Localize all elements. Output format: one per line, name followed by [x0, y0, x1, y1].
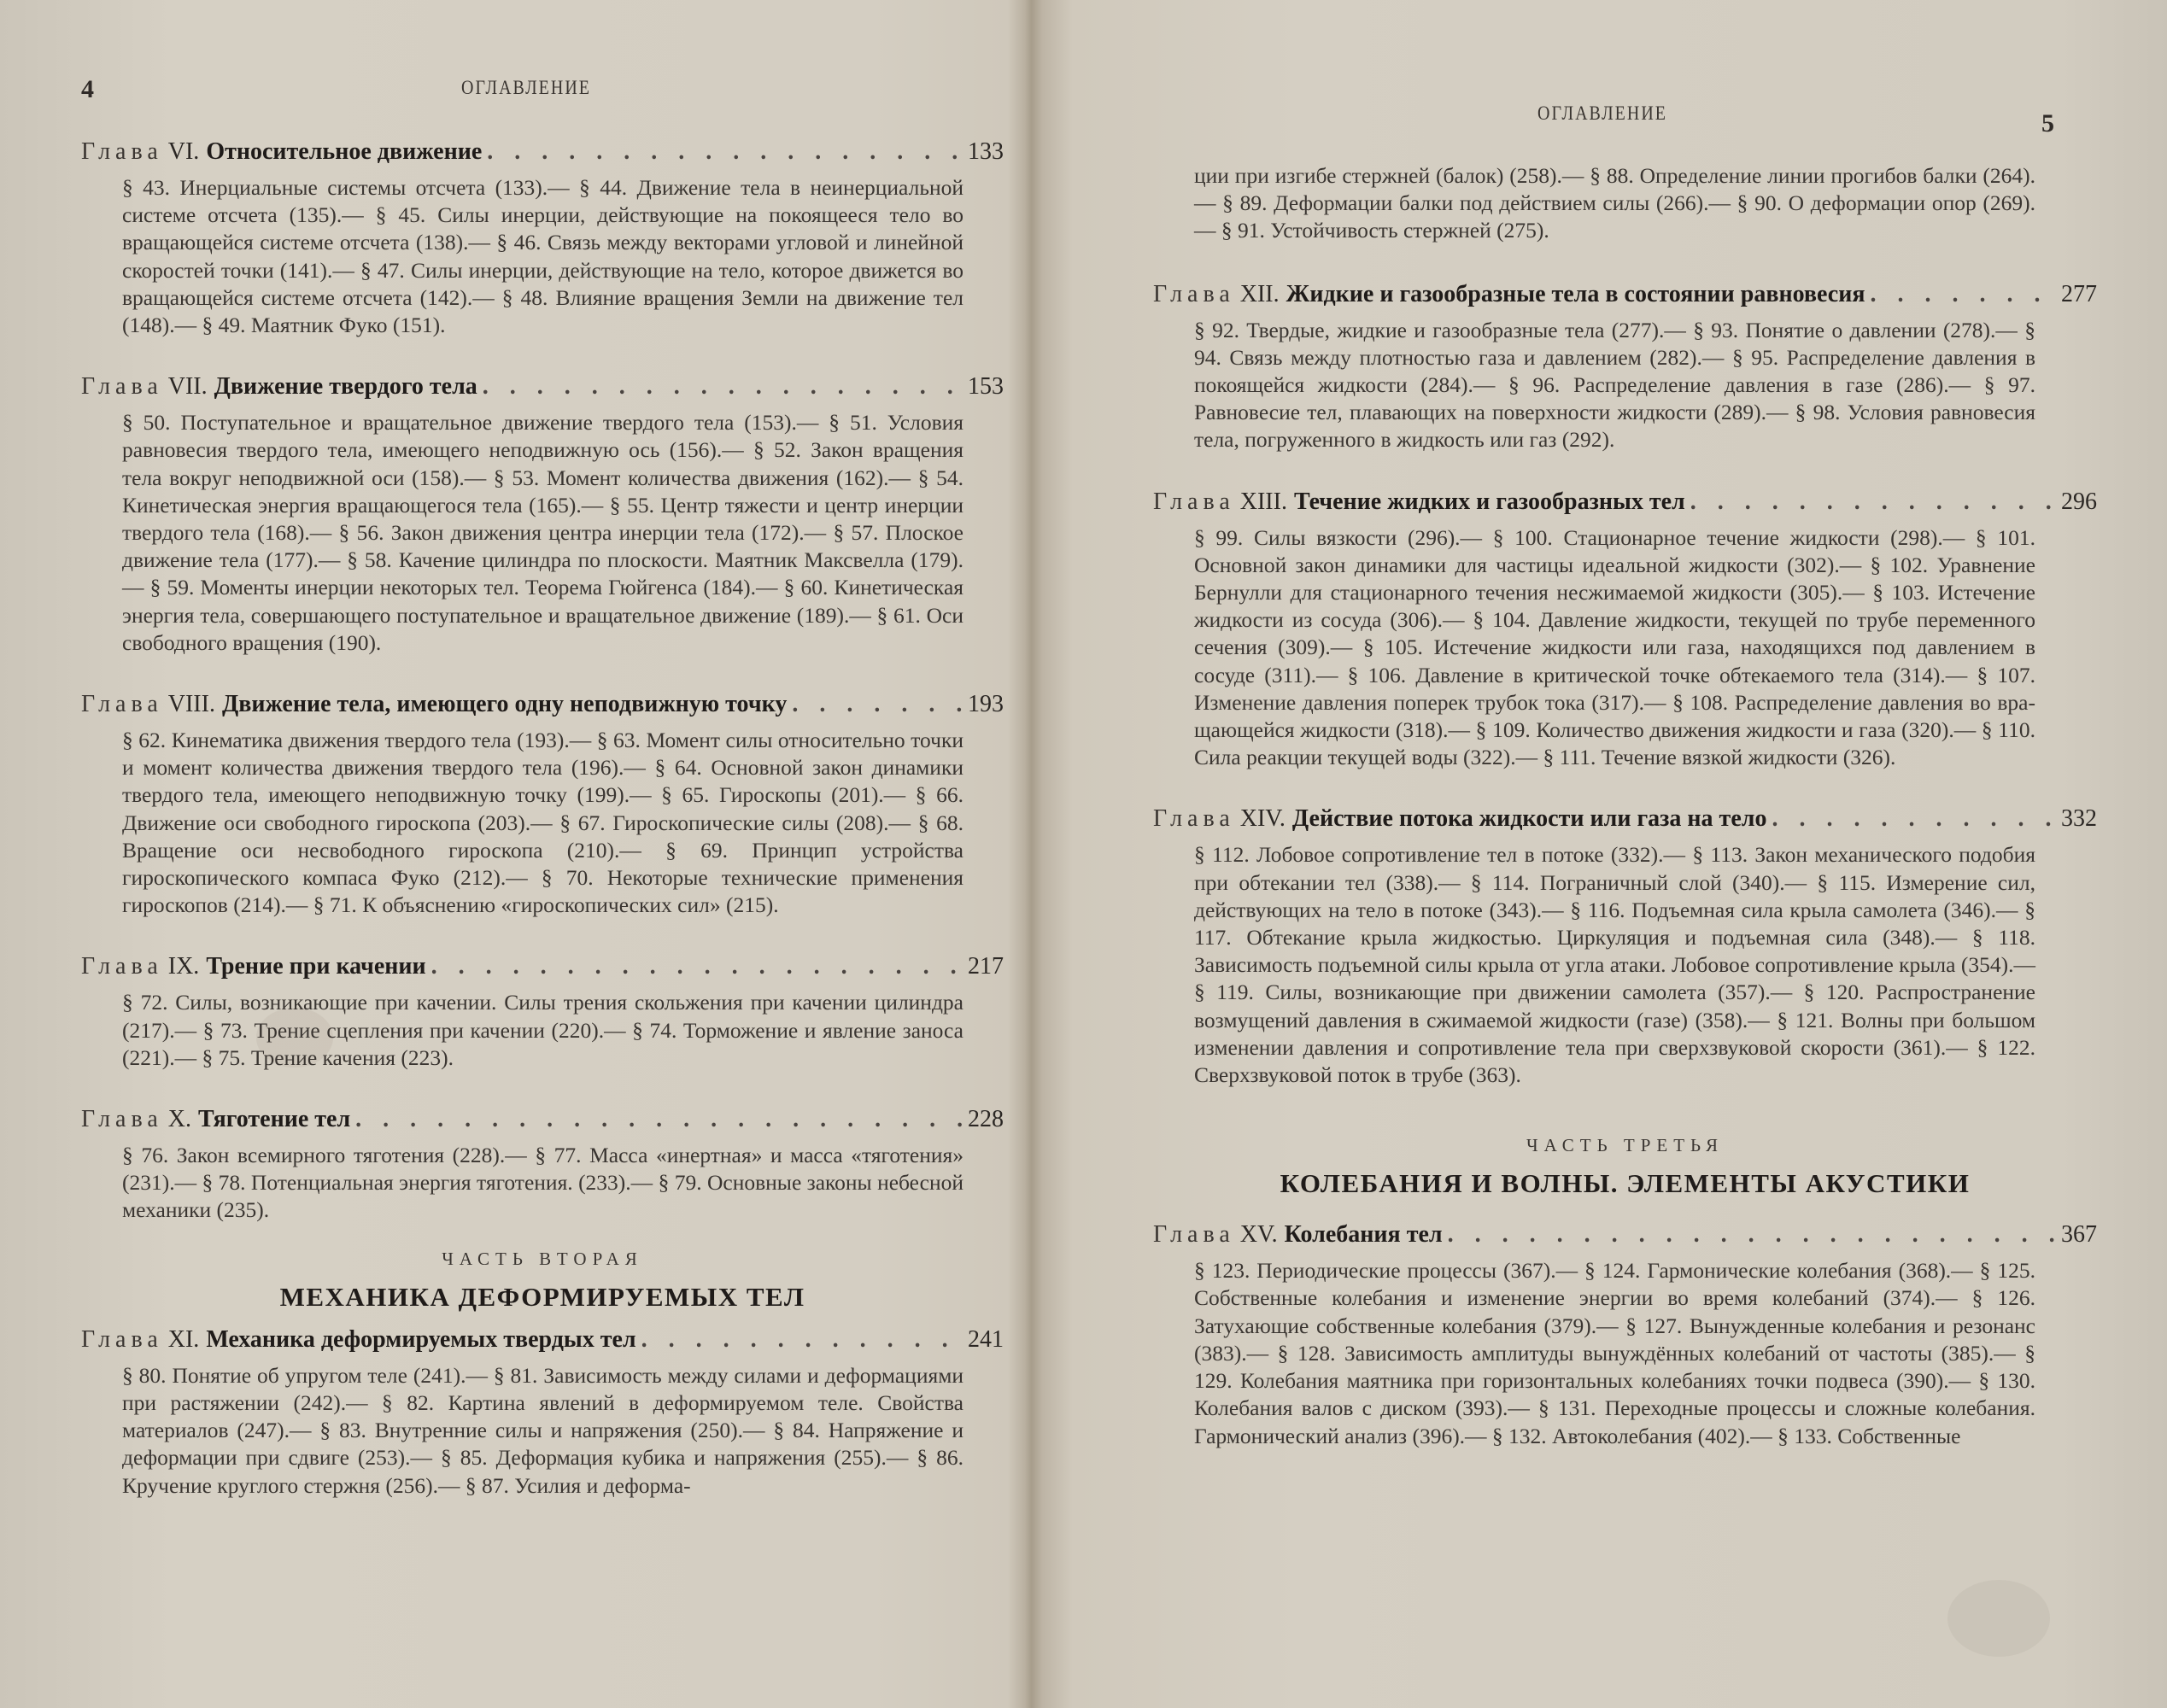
- chapter-sections: § 72. Силы, возникающие при качении. Сил…: [122, 989, 963, 1072]
- part-heading: Часть третья Колебания и волны. Элементы…: [1153, 1135, 2097, 1199]
- chapter-heading[interactable]: Глава VI. Относительное движение 133: [81, 137, 1004, 167]
- chapter-page-number: 367: [2061, 1220, 2097, 1250]
- toc-chapter-entry: Глава XI. Механика деформируемых твердых…: [81, 1325, 1004, 1500]
- chapter-numeral: XI.: [168, 1325, 200, 1355]
- chapter-sections: § 80. Понятие об упругом теле (241).— § …: [122, 1362, 963, 1500]
- dot-leader: [1690, 487, 2056, 518]
- chapter-title: Относительное движение: [206, 137, 482, 167]
- chapter-sections: § 112. Лобовое сопротивление тел в поток…: [1194, 841, 2035, 1089]
- chapter-sections: § 76. Закон всемирного тяготения (228).—…: [122, 1142, 963, 1225]
- chapter-heading[interactable]: Глава VII. Движение твердого тела 153: [81, 371, 1004, 402]
- chapter-title: Колебания тел: [1285, 1220, 1443, 1250]
- toc-chapter-entry: Глава XV. Колебания тел 367 § 123. Перио…: [1153, 1220, 2097, 1449]
- chapter-title: Тяготение тел: [198, 1104, 350, 1135]
- chapter-label: Глава: [81, 137, 163, 167]
- chapter-numeral: IX.: [168, 951, 200, 982]
- toc-content: ции при изгибе стержней (балок) (258).— …: [1153, 162, 2097, 1483]
- chapter-label: Глава: [1153, 804, 1235, 834]
- chapter-sections: § 92. Твердые, жидкие и газообразные тел…: [1194, 317, 2035, 454]
- chapter-heading[interactable]: Глава XII. Жидкие и газообразные тела в …: [1153, 279, 2097, 310]
- chapter-title: Действие потока жидкости или газа на тел…: [1292, 804, 1767, 834]
- chapter-heading[interactable]: Глава X. Тяготение тел 228: [81, 1104, 1004, 1135]
- page-number: 5: [2041, 109, 2054, 138]
- dot-leader: [487, 137, 963, 167]
- chapter-page-number: 193: [968, 689, 1004, 720]
- chapter-numeral: XIII.: [1240, 487, 1287, 518]
- chapter-title: Течение жидких и газообразных тел: [1294, 487, 1685, 518]
- dot-leader: [1871, 279, 2057, 310]
- chapter-sections: § 123. Периодические процессы (367).— § …: [1194, 1257, 2035, 1449]
- part-label: Часть третья: [1153, 1135, 2097, 1156]
- toc-chapter-entry: Глава XII. Жидкие и газообразные тела в …: [1153, 279, 2097, 454]
- book-spread: 4 ОГЛАВЛЕНИЕ Глава VI. Относительное дви…: [0, 0, 2167, 1708]
- dot-leader: [792, 689, 963, 720]
- toc-chapter-entry: Глава VIII. Движение тела, имеющего одну…: [81, 689, 1004, 919]
- chapter-sections: § 43. Инерциальные системы отсчета (133)…: [122, 174, 963, 339]
- chapter-page-number: 241: [968, 1325, 1004, 1355]
- toc-chapter-entry: Глава IX. Трение при качении 217 § 72. С…: [81, 951, 1004, 1072]
- chapter-page-number: 133: [968, 137, 1004, 167]
- dot-leader: [641, 1325, 963, 1355]
- chapter-heading[interactable]: Глава VIII. Движение тела, имеющего одну…: [81, 689, 1004, 720]
- dot-leader: [483, 371, 963, 402]
- dot-leader: [1448, 1220, 2056, 1250]
- part-heading: Часть вторая Механика деформируемых тел: [81, 1249, 1004, 1313]
- chapter-label: Глава: [1153, 487, 1235, 518]
- page-number: 4: [81, 75, 94, 104]
- chapter-label: Глава: [1153, 1220, 1235, 1250]
- chapter-page-number: 153: [968, 371, 1004, 402]
- dot-leader: [1772, 804, 2056, 834]
- chapter-page-number: 332: [2061, 804, 2097, 834]
- chapter-label: Глава: [81, 689, 163, 720]
- dot-leader: [355, 1104, 963, 1135]
- chapter-numeral: VI.: [168, 137, 200, 167]
- dot-leader: [431, 951, 963, 982]
- toc-chapter-entry: Глава VII. Движение твердого тела 153 § …: [81, 371, 1004, 657]
- chapter-label: Глава: [81, 951, 163, 982]
- chapter-heading[interactable]: Глава IX. Трение при качении 217: [81, 951, 1004, 982]
- chapter-numeral: XIV.: [1240, 804, 1286, 834]
- toc-chapter-entry: Глава XIII. Течение жидких и газообразны…: [1153, 487, 2097, 772]
- chapter-numeral: X.: [168, 1104, 191, 1135]
- chapter-heading[interactable]: Глава XIII. Течение жидких и газообразны…: [1153, 487, 2097, 518]
- chapter-numeral: XII.: [1240, 279, 1280, 310]
- chapter-sections: § 99. Силы вязкости (296).— § 100. Стаци…: [1194, 524, 2035, 772]
- chapter-label: Глава: [1153, 279, 1235, 310]
- part-label: Часть вторая: [81, 1249, 1004, 1270]
- toc-chapter-entry: Глава X. Тяготение тел 228 § 76. Закон в…: [81, 1104, 1004, 1225]
- chapter-heading[interactable]: Глава XI. Механика деформируемых твердых…: [81, 1325, 1004, 1355]
- chapter-page-number: 296: [2061, 487, 2097, 518]
- chapter-label: Глава: [81, 1325, 163, 1355]
- chapter-title: Движение тела, имеющего одну неподвижную…: [222, 689, 787, 720]
- chapter-page-number: 277: [2061, 279, 2097, 310]
- chapter-title: Механика деформируемых твердых тел: [206, 1325, 635, 1355]
- chapter-numeral: VIII.: [168, 689, 215, 720]
- continued-sections: ции при изгибе стержней (балок) (258).— …: [1194, 162, 2035, 245]
- chapter-numeral: VII.: [168, 371, 208, 402]
- toc-chapter-entry: Глава XIV. Действие потока жидкости или …: [1153, 804, 2097, 1089]
- chapter-heading[interactable]: Глава XIV. Действие потока жидкости или …: [1153, 804, 2097, 834]
- toc-content: Глава VI. Относительное движение 133 § 4…: [81, 137, 1004, 1532]
- chapter-label: Глава: [81, 371, 163, 402]
- right-page: ОГЛАВЛЕНИЕ 5 ции при изгибе стержней (ба…: [1110, 0, 2167, 1708]
- running-head: ОГЛАВЛЕНИЕ: [1537, 102, 1667, 125]
- chapter-page-number: 228: [968, 1104, 1004, 1135]
- part-title: Колебания и волны. Элементы акустики: [1153, 1168, 2097, 1199]
- chapter-title: Движение твердого тела: [214, 371, 477, 402]
- chapter-numeral: XV.: [1240, 1220, 1278, 1250]
- chapter-sections: § 50. Поступательное и вращательное движ…: [122, 409, 963, 657]
- chapter-page-number: 217: [968, 951, 1004, 982]
- running-head: ОГЛАВЛЕНИЕ: [461, 77, 591, 99]
- chapter-title: Трение при качении: [206, 951, 425, 982]
- part-title: Механика деформируемых тел: [81, 1282, 1004, 1313]
- toc-chapter-entry: Глава VI. Относительное движение 133 § 4…: [81, 137, 1004, 339]
- chapter-sections: § 62. Кинематика движения твердого тела …: [122, 727, 963, 919]
- chapter-heading[interactable]: Глава XV. Колебания тел 367: [1153, 1220, 2097, 1250]
- chapter-title: Жидкие и газообразные тела в состоянии р…: [1286, 279, 1865, 310]
- left-page: 4 ОГЛАВЛЕНИЕ Глава VI. Относительное дви…: [0, 0, 1042, 1708]
- chapter-label: Глава: [81, 1104, 163, 1135]
